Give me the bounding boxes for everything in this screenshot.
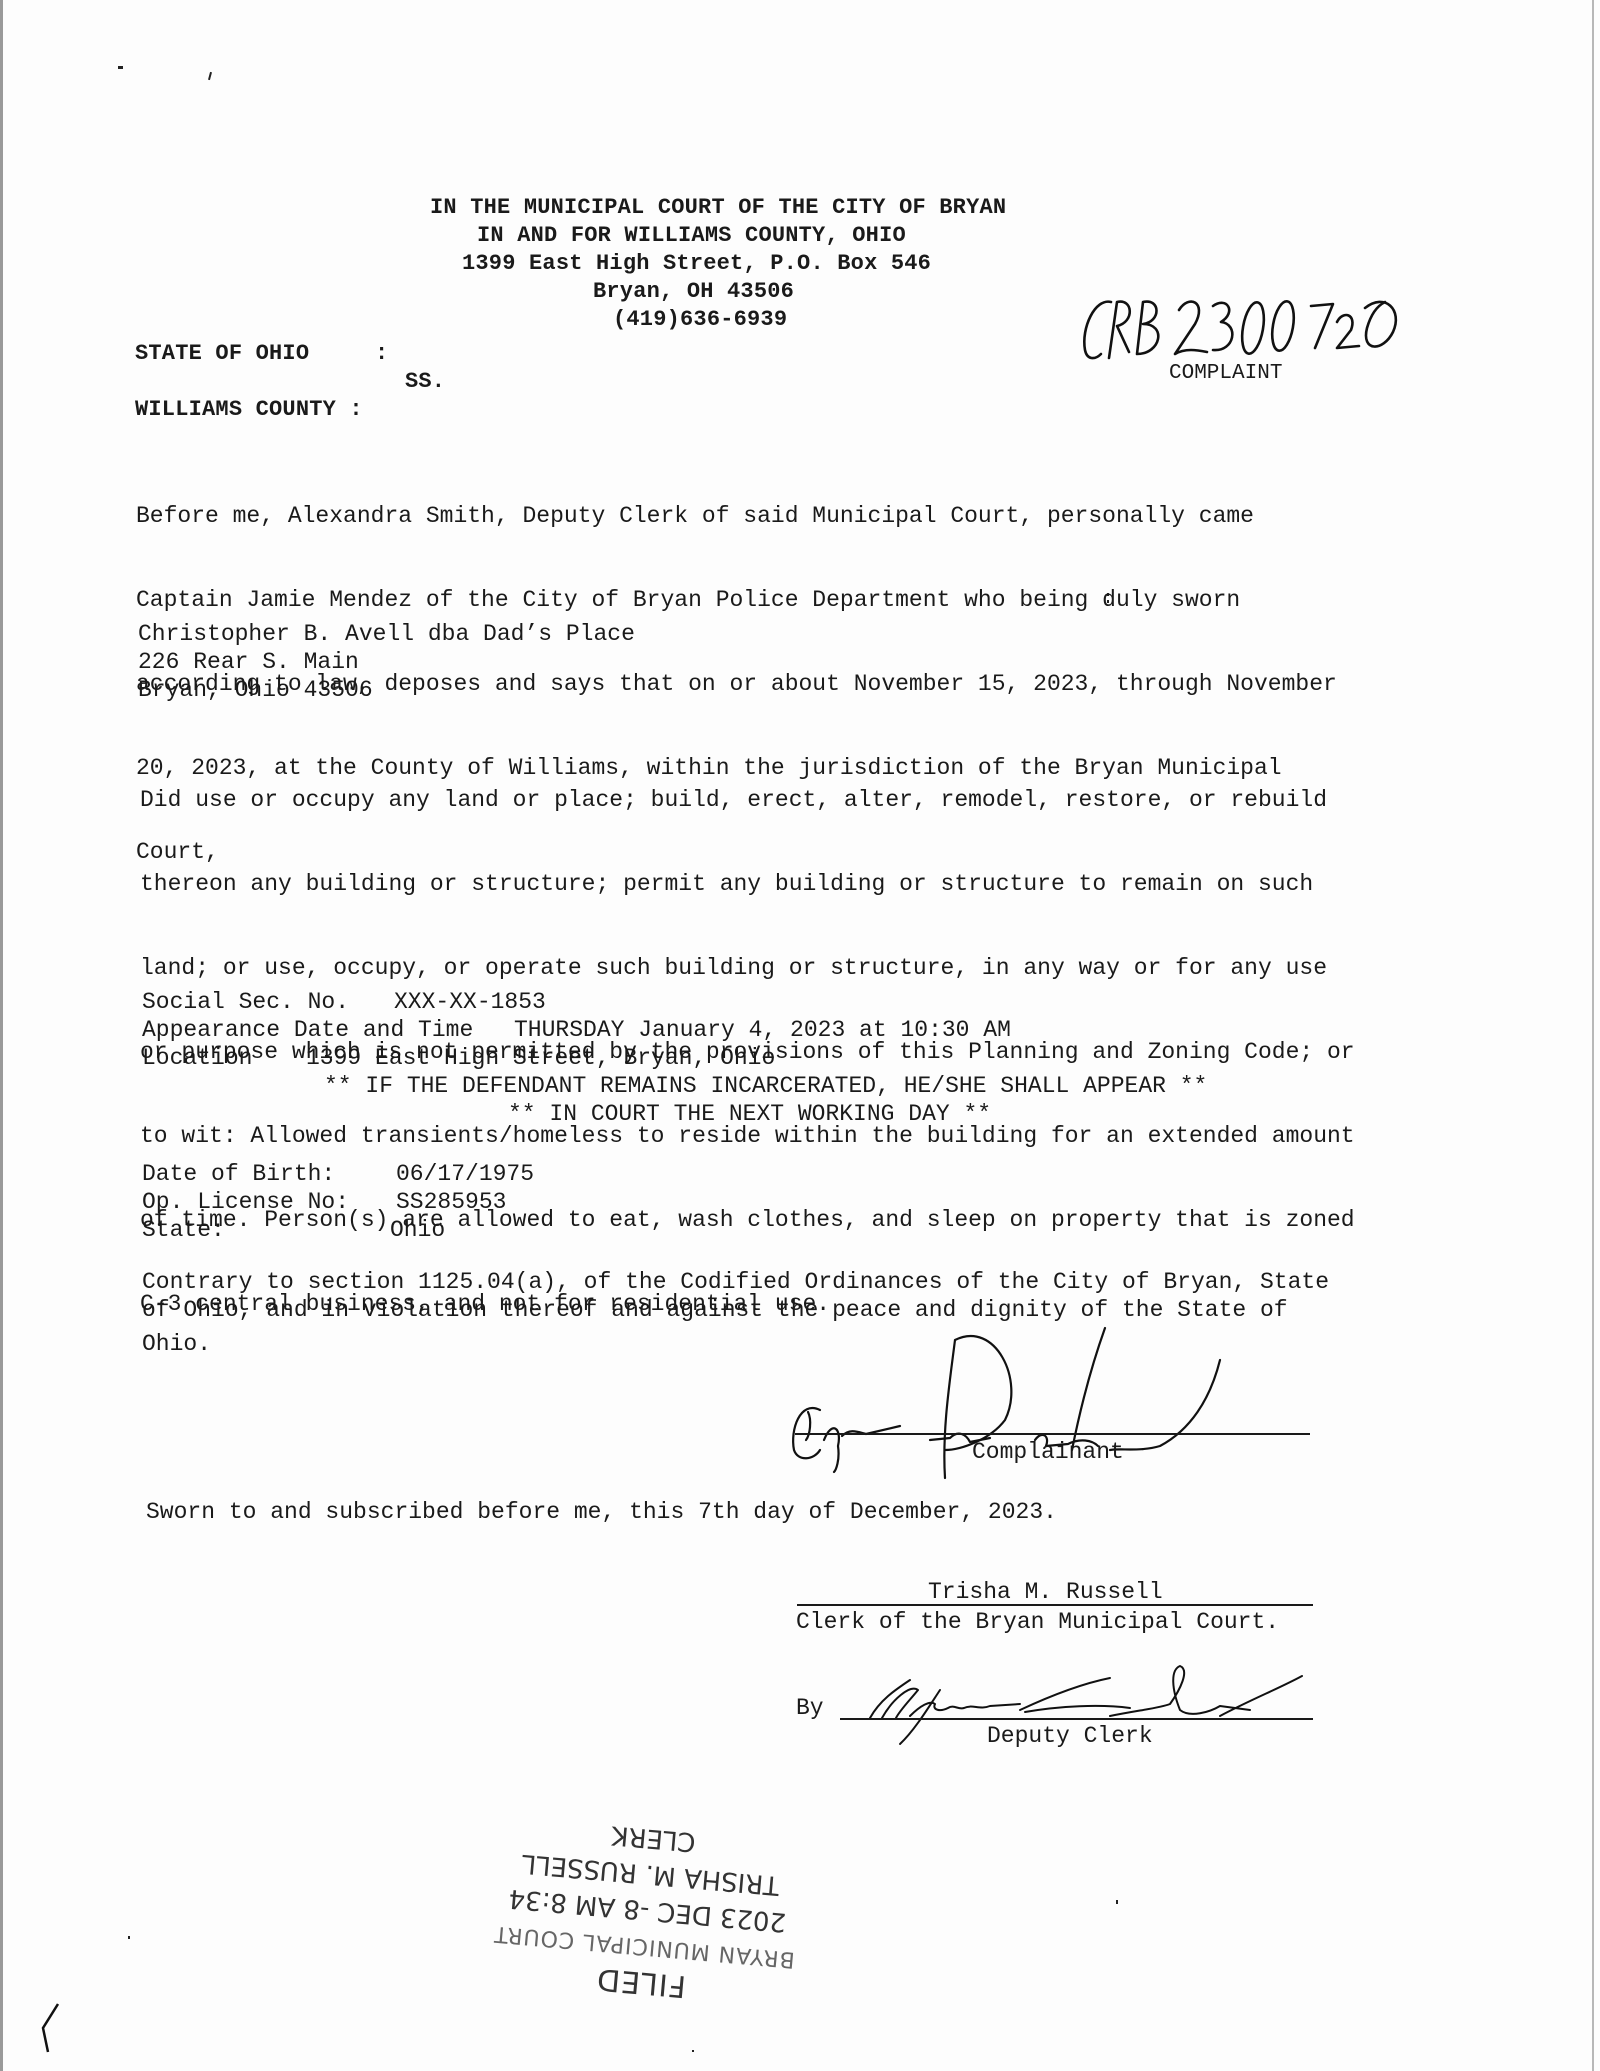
- complainant-label: Complainant: [972, 1438, 1124, 1466]
- filed-stamp: FILED BRYAN MUNICIPAL COURT 2023 DEC -8 …: [460, 1745, 840, 2015]
- contrary-prefix: Contrary to section: [142, 1269, 418, 1295]
- clerk-title: Clerk of the Bryan Municipal Court.: [796, 1608, 1279, 1636]
- contrary-line1: Contrary to section 1125.04(a), of the C…: [142, 1268, 1329, 1296]
- clerk-signature-line: [797, 1604, 1313, 1606]
- appearance-datetime-value: THURSDAY January 4, 2023 at 10:30 AM: [514, 1016, 1011, 1044]
- venue-county: WILLIAMS COUNTY :: [135, 396, 363, 424]
- court-phone: (419)636-6939: [613, 306, 787, 334]
- charge-line: land; or use, occupy, or operate such bu…: [140, 954, 1500, 982]
- charge-line: Did use or occupy any land or place; bui…: [140, 786, 1500, 814]
- clerk-name: Trisha M. Russell: [928, 1578, 1163, 1606]
- intro-line: Before me, Alexandra Smith, Deputy Clerk…: [136, 502, 1496, 530]
- sworn-statement: Sworn to and subscribed before me, this …: [146, 1498, 1057, 1526]
- dob-label: Date of Birth:: [142, 1160, 335, 1188]
- location-label: Location: [142, 1044, 252, 1072]
- ssn-label: Social Sec. No.: [142, 988, 349, 1016]
- court-city: Bryan, OH 43506: [593, 278, 794, 306]
- scan-speck: [128, 1936, 130, 1939]
- ssn-value: XXX-XX-1853: [394, 988, 546, 1016]
- scan-edge-right: [1592, 0, 1594, 2071]
- deputy-clerk-label: Deputy Clerk: [987, 1722, 1153, 1750]
- document-type-label: COMPLAINT: [1169, 360, 1282, 388]
- handwritten-case-number: [1075, 288, 1435, 368]
- scan-speck: [692, 2050, 694, 2052]
- court-header-line2: IN AND FOR WILLIAMS COUNTY, OHIO: [477, 222, 906, 250]
- scan-edge-left: [0, 0, 3, 2071]
- ordinance-section: 1125.04(a): [418, 1269, 556, 1295]
- court-address: 1399 East High Street, P.O. Box 546: [462, 250, 931, 278]
- scan-speck: [208, 72, 212, 80]
- contrary-line1-rest: , of the Codified Ordinances of the City…: [556, 1269, 1329, 1295]
- state-value: Ohio: [390, 1216, 445, 1244]
- scan-speck: [1116, 1900, 1118, 1904]
- by-label: By: [796, 1694, 824, 1722]
- state-label: State:: [142, 1216, 225, 1244]
- deputy-clerk-signature-line: [840, 1718, 1313, 1720]
- license-label: Op. License No:: [142, 1188, 349, 1216]
- incarcerated-notice-line1: ** IF THE DEFENDANT REMAINS INCARCERATED…: [324, 1072, 1207, 1100]
- defendant-address-line2: Bryan, Ohio 43506: [138, 676, 373, 704]
- intro-line: Captain Jamie Mendez of the City of Brya…: [136, 586, 1496, 614]
- venue-state-colon: :: [375, 340, 388, 368]
- venue-state: STATE OF OHIO: [135, 340, 309, 368]
- appearance-datetime-label: Appearance Date and Time: [142, 1016, 473, 1044]
- court-header-line1: IN THE MUNICIPAL COURT OF THE CITY OF BR…: [430, 194, 1006, 222]
- defendant-address-line1: 226 Rear S. Main: [138, 648, 359, 676]
- incarcerated-notice-line2: ** IN COURT THE NEXT WORKING DAY **: [508, 1100, 991, 1128]
- charge-line: thereon any building or structure; permi…: [140, 870, 1500, 898]
- contrary-line3: Ohio.: [142, 1330, 211, 1358]
- margin-bracket-mark: [38, 2000, 62, 2056]
- complaint-document: IN THE MUNICIPAL COURT OF THE CITY OF BR…: [0, 0, 1600, 2071]
- dob-value: 06/17/1975: [396, 1160, 534, 1188]
- defendant-name: Christopher B. Avell dba Dad’s Place: [138, 620, 635, 648]
- location-value: 1399 East High Street, Bryan, Ohio: [306, 1044, 775, 1072]
- scan-speck: [118, 66, 123, 69]
- venue-ss: SS.: [405, 368, 445, 396]
- complainant-signature-line: [795, 1433, 1310, 1435]
- license-value: SS285953: [396, 1188, 506, 1216]
